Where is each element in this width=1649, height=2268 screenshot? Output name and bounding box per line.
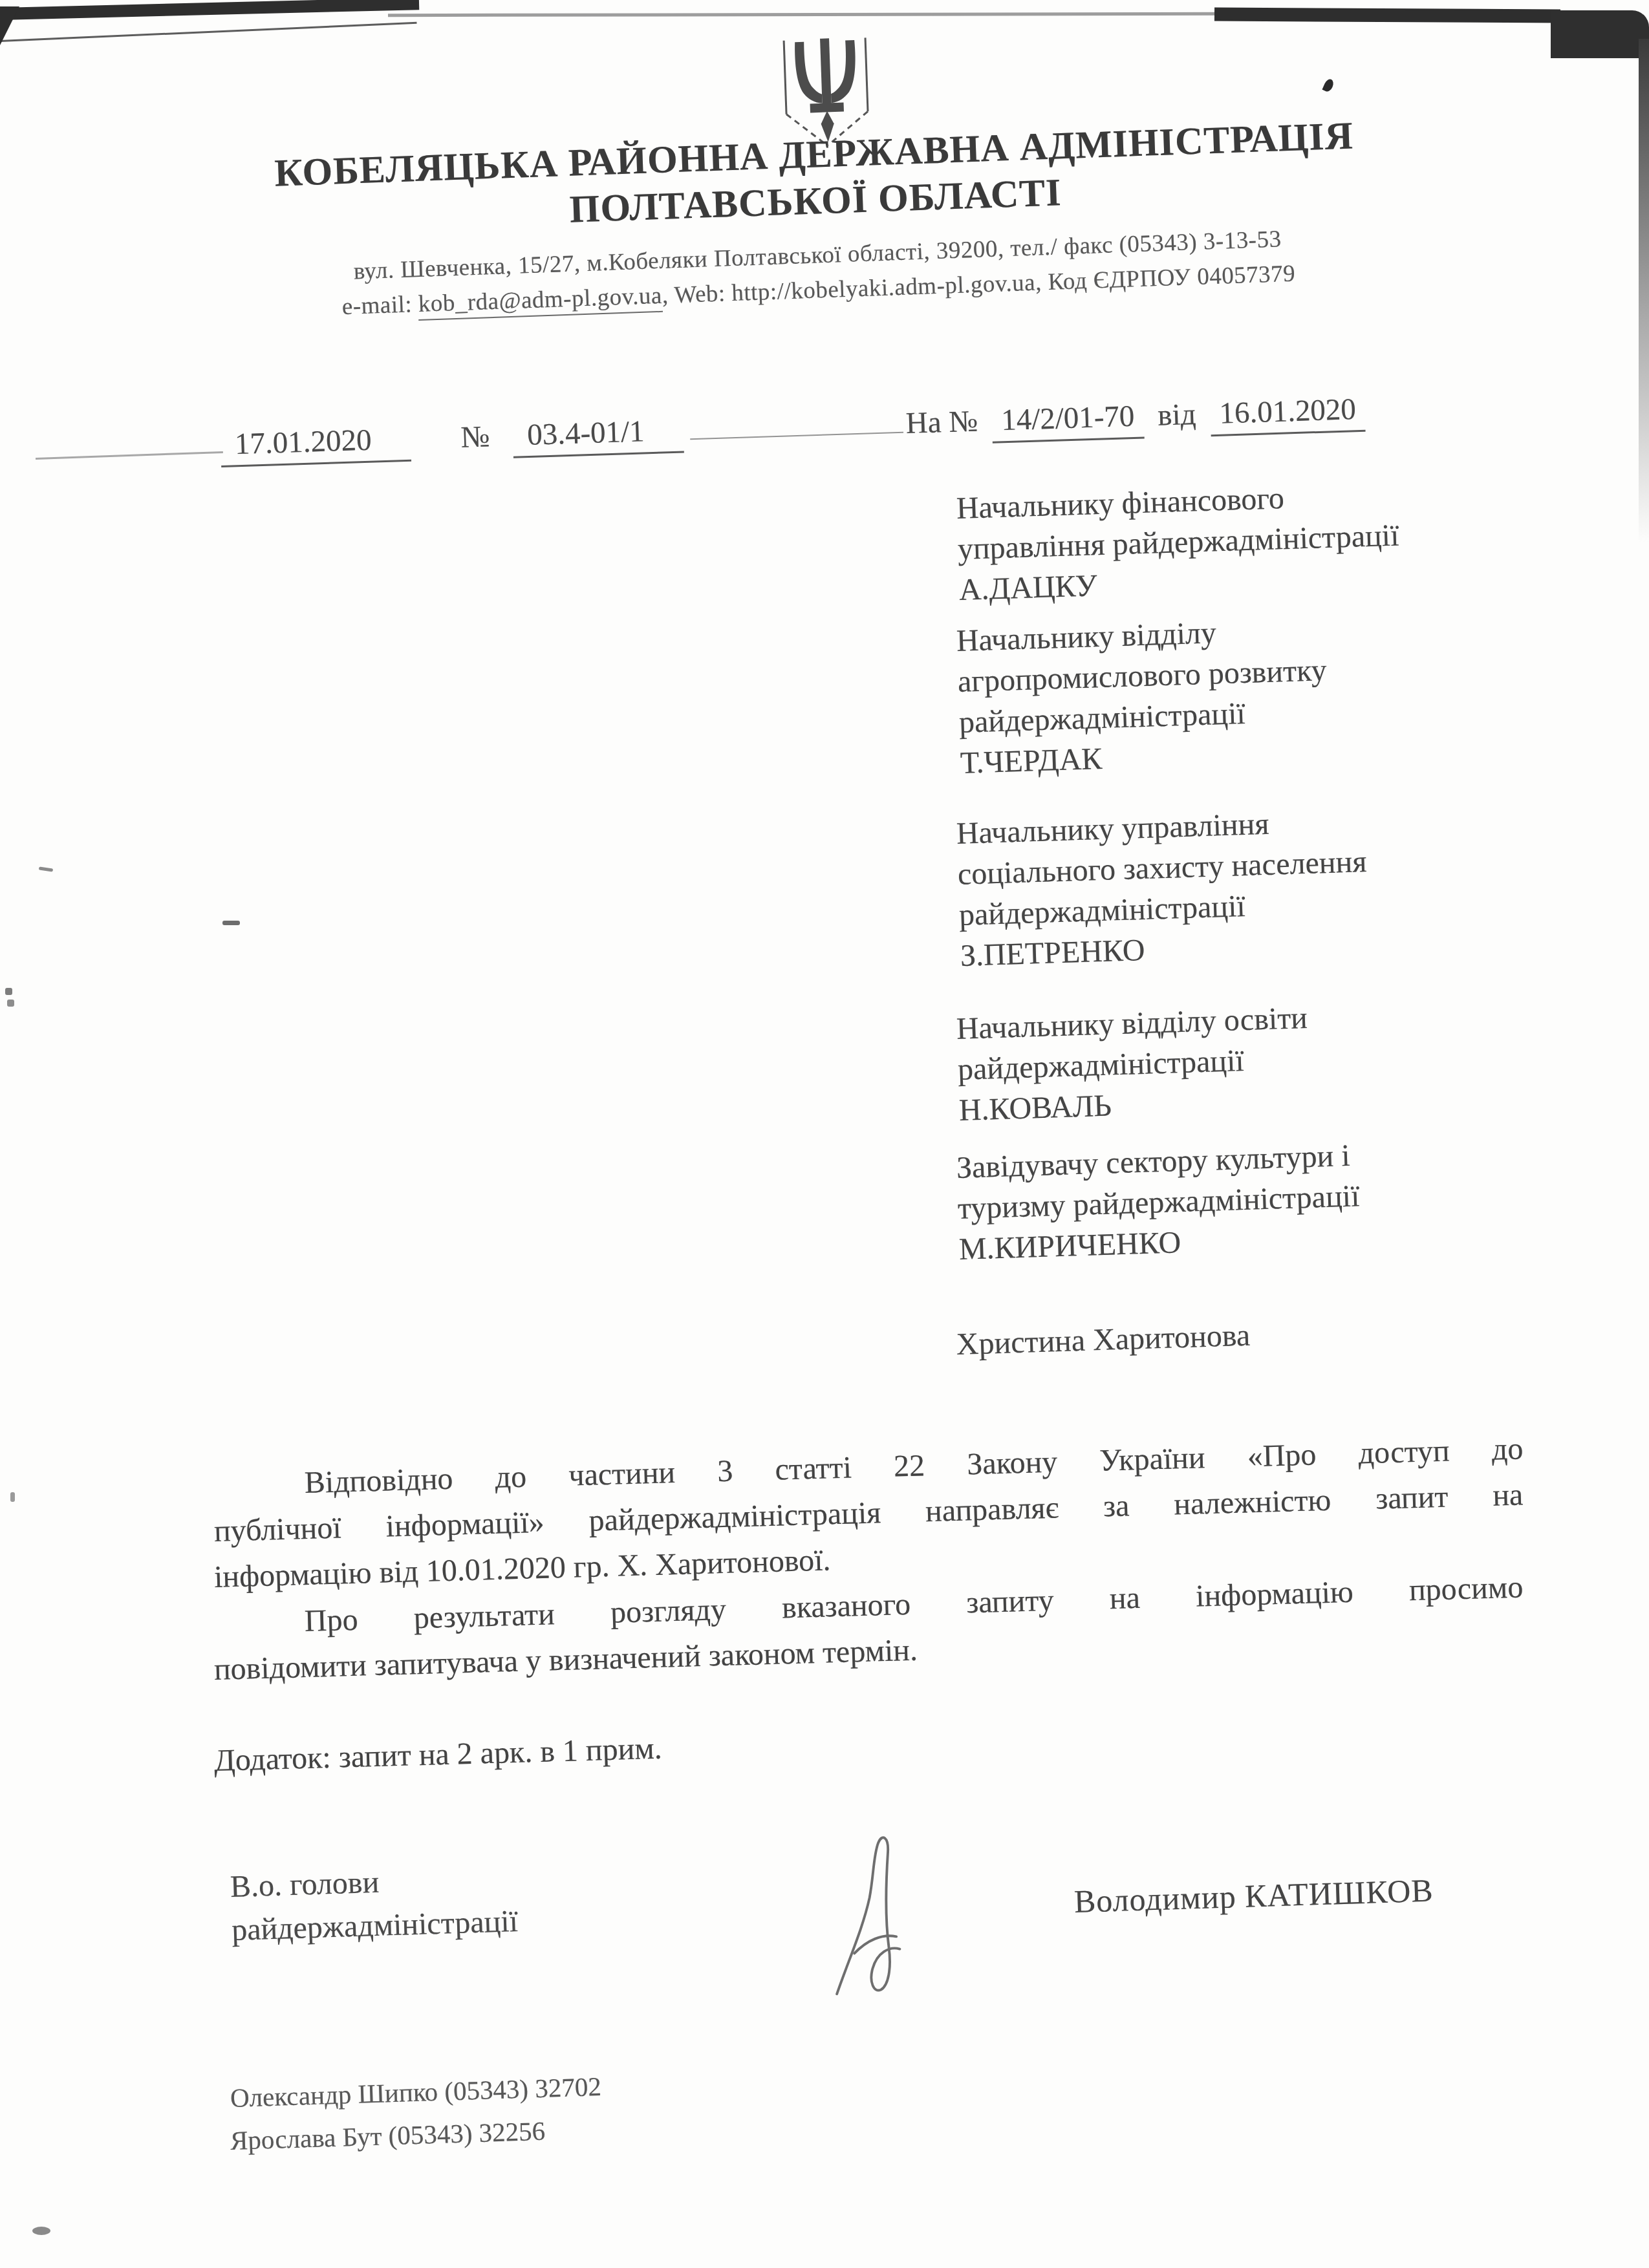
footer-contact-1: Олександр Шипко (05343) 32702	[230, 2065, 602, 2119]
footer-contact-2: Ярослава Бут (05343) 32256	[230, 2110, 546, 2162]
reply-prefix: На №	[905, 405, 978, 440]
scan-artifact-line-under-date	[36, 451, 223, 460]
signer-name: Володимир КАТИШКОВ	[1073, 1872, 1434, 1920]
incoming-reference: На №14/2/01-70від16.01.2020	[905, 392, 1366, 441]
addressee-block-agro: Начальнику відділу агропромислового розв…	[956, 609, 1330, 784]
scan-speck	[39, 866, 53, 872]
outgoing-date: 17.01.2020	[220, 422, 411, 467]
reply-vid-label: від	[1158, 398, 1197, 433]
scan-artifact-corner-right	[1551, 10, 1649, 58]
addressee-block-culture: Завідувачу сектору культури і туризму ра…	[956, 1135, 1361, 1269]
signer-position-line: райдержадміністрації	[231, 1899, 519, 1952]
outgoing-number: 03.4-01/1	[512, 414, 684, 458]
scan-speck	[222, 921, 240, 925]
scanned-letter-page: КОБЕЛЯЦЬКА РАЙОННА ДЕРЖАВНА АДМІНІСТРАЦІ…	[0, 0, 1649, 2268]
scan-speck	[10, 1492, 15, 1502]
email-address: kob_rda@adm-pl.gov.ua	[418, 283, 663, 321]
addressee-block-finance: Начальнику фінансового управління райдер…	[956, 475, 1401, 610]
scan-artifact-top-left-band	[0, 0, 419, 20]
scan-artifact-top-right-band	[1214, 8, 1560, 23]
signer-position: В.о. голови райдержадміністрації	[230, 1856, 519, 1952]
scan-artifact-top-middle-line	[388, 12, 1229, 17]
outgoing-reference: 17.01.2020№03.4-01/1	[220, 400, 903, 462]
number-sign: №	[460, 420, 490, 454]
scan-speck	[5, 988, 12, 995]
requester-name: Христина Харитонова	[956, 1318, 1251, 1362]
letterhead: КОБЕЛЯЦЬКА РАЙОННА ДЕРЖАВНА АДМІНІСТРАЦІ…	[194, 109, 1438, 330]
scan-artifact-right-edge-strip	[1639, 39, 1649, 543]
attachment-note: Додаток: запит на 2 арк. в 1 прим.	[213, 1701, 1524, 1784]
scan-artifact-diagonal-line	[0, 22, 417, 42]
addressee-block-social: Начальнику управління соціального захист…	[956, 800, 1370, 976]
signature-scribble	[812, 1819, 976, 2024]
scan-speck	[32, 2227, 50, 2235]
addressee-block-education: Начальнику відділу освіти райдержадмініс…	[956, 998, 1311, 1131]
scan-artifact-apostrophe-mark	[1322, 78, 1335, 93]
email-prefix: e-mail:	[341, 291, 418, 320]
incoming-number: 14/2/01-70	[991, 399, 1144, 443]
blank-rule	[689, 400, 903, 440]
incoming-date: 16.01.2020	[1210, 392, 1366, 436]
